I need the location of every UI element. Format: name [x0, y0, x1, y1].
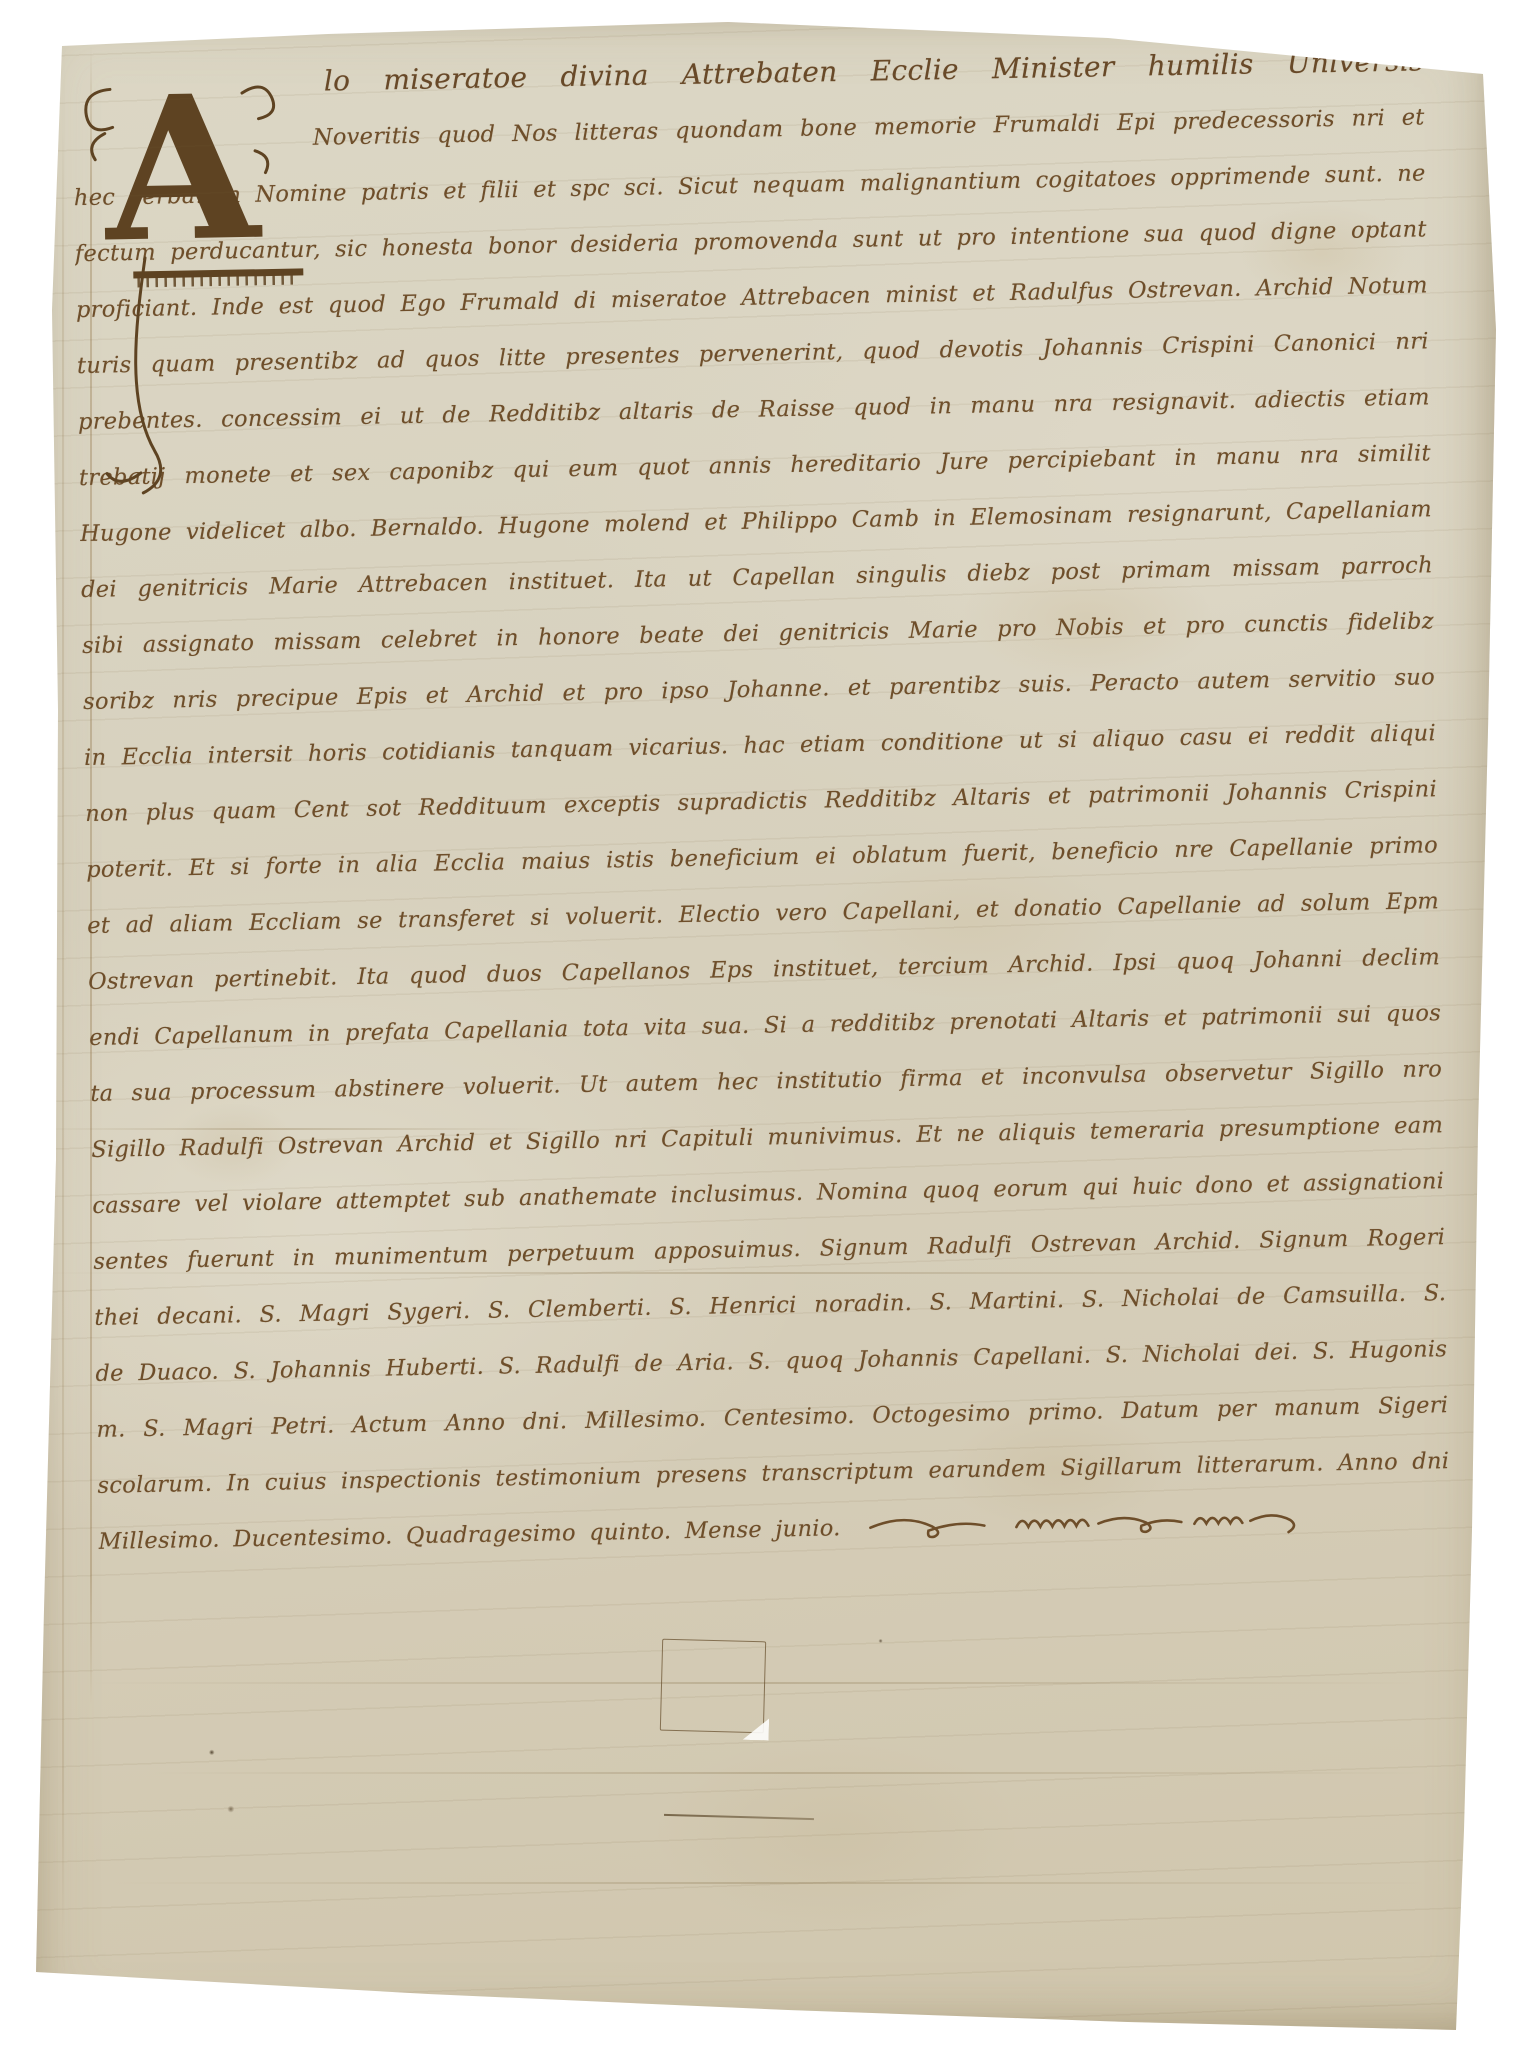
photo-background: A lo miseratoe divina Attrebaten Ecclie …: [0, 0, 1513, 2048]
fold-crease: [148, 1772, 1428, 1774]
parchment-sheet: A lo miseratoe divina Attrebaten Ecclie …: [28, 10, 1498, 2036]
seal-slit-square: [660, 1639, 766, 1734]
pen-flourish: [866, 1504, 1307, 1546]
fold-crease: [108, 1882, 1428, 1884]
parchment-cut-glint: [743, 1718, 770, 1741]
fold-crease-left: [62, 130, 64, 1930]
last-line-text: Millesimo. Ducentesimo. Quadragesimo qui…: [98, 1515, 841, 1555]
seal-slit-line: [664, 1814, 814, 1820]
manuscript-text-block: A lo miseratoe divina Attrebaten Ecclie …: [71, 33, 1452, 1658]
